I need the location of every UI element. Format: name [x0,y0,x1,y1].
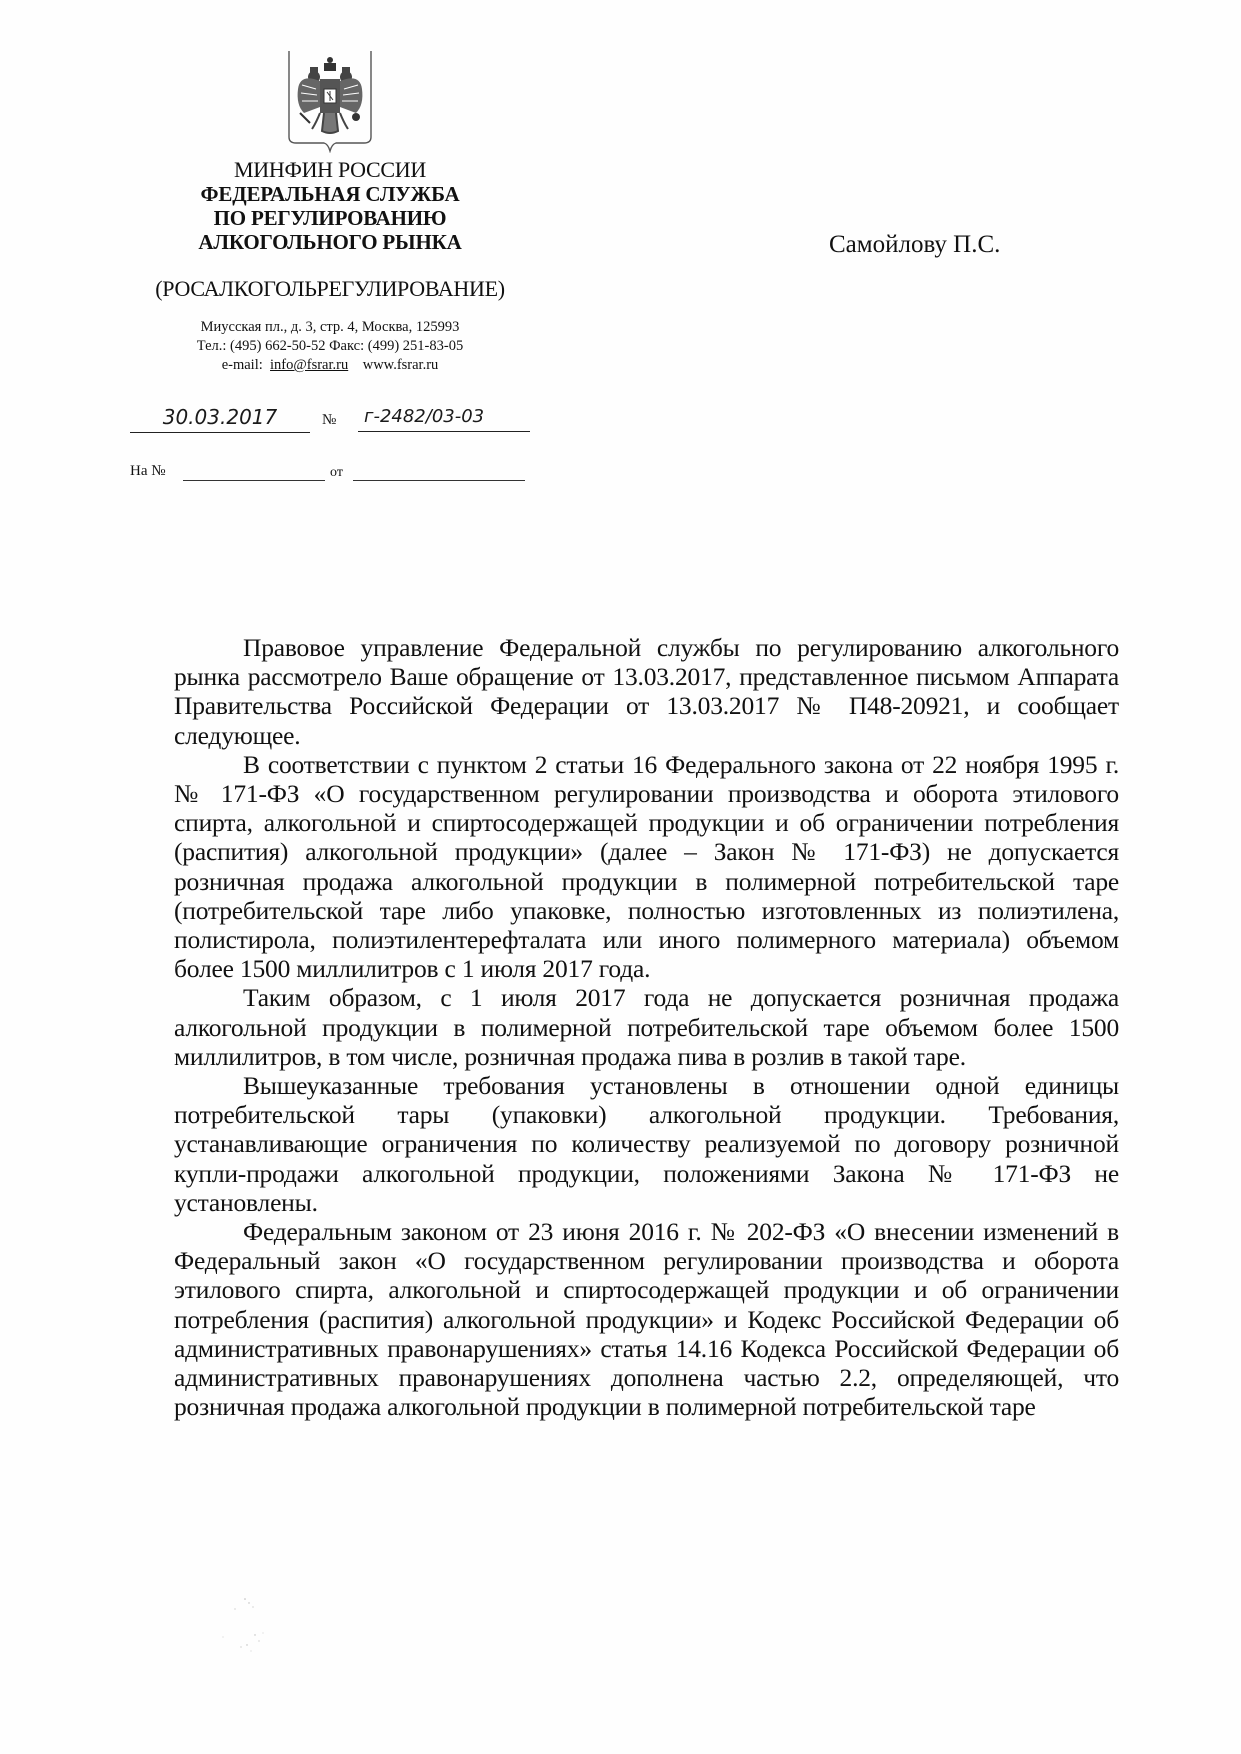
organization-name-line: АЛКОГОЛЬНОГО РЫНКА [120,230,540,254]
letter-page: МИНФИН РОССИИ ФЕДЕРАЛЬНАЯ СЛУЖБА ПО РЕГУ… [0,0,1241,1754]
scan-noise-decoration [215,1595,315,1655]
reference-from-label: от [330,462,343,484]
body-paragraph: В соответствии с пунктом 2 статьи 16 Фед… [174,750,1119,984]
registration-number-label: № [322,408,336,432]
reference-number-label: На № [130,460,166,482]
organization-name-line: ФЕДЕРАЛЬНАЯ СЛУЖБА [120,182,540,206]
body-paragraph: Правовое управление Федеральной службы п… [174,633,1119,750]
organization-name-line: ПО РЕГУЛИРОВАНИЮ [120,206,540,230]
letter-body: Правовое управление Федеральной службы п… [174,633,1119,1421]
body-paragraph: Таким образом, с 1 июля 2017 года не доп… [174,983,1119,1071]
email-web-line: e-mail: info@fsrar.ru www.fsrar.ru [120,356,540,375]
organization-short-name: (РОСАЛКОГОЛЬРЕГУЛИРОВАНИЕ) [120,276,540,302]
email-label: e-mail: [222,357,263,373]
body-paragraph: Вышеуказанные требования установлены в о… [174,1071,1119,1217]
ministry-name: МИНФИН РОССИИ [120,158,540,182]
email-link[interactable]: info@fsrar.ru [270,357,348,373]
registration-number: г-2482/03-03 [358,402,530,432]
addressee: Самойлову П.С. [829,230,1000,260]
phone-fax: Тел.: (495) 662-50-52 Факс: (499) 251-83… [120,337,540,356]
reference-number-field [183,460,325,481]
coat-of-arms-icon [286,49,374,153]
website-link[interactable]: www.fsrar.ru [363,357,439,373]
address: Миусская пл., д. 3, стр. 4, Москва, 1259… [120,318,540,337]
contact-info: Миусская пл., д. 3, стр. 4, Москва, 1259… [120,318,540,375]
organization-header: МИНФИН РОССИИ ФЕДЕРАЛЬНАЯ СЛУЖБА ПО РЕГУ… [120,158,540,254]
body-paragraph: Федеральным законом от 23 июня 2016 г. №… [174,1217,1119,1421]
registration-date: 30.03.2017 [130,402,310,433]
reference-from-field [353,460,525,481]
